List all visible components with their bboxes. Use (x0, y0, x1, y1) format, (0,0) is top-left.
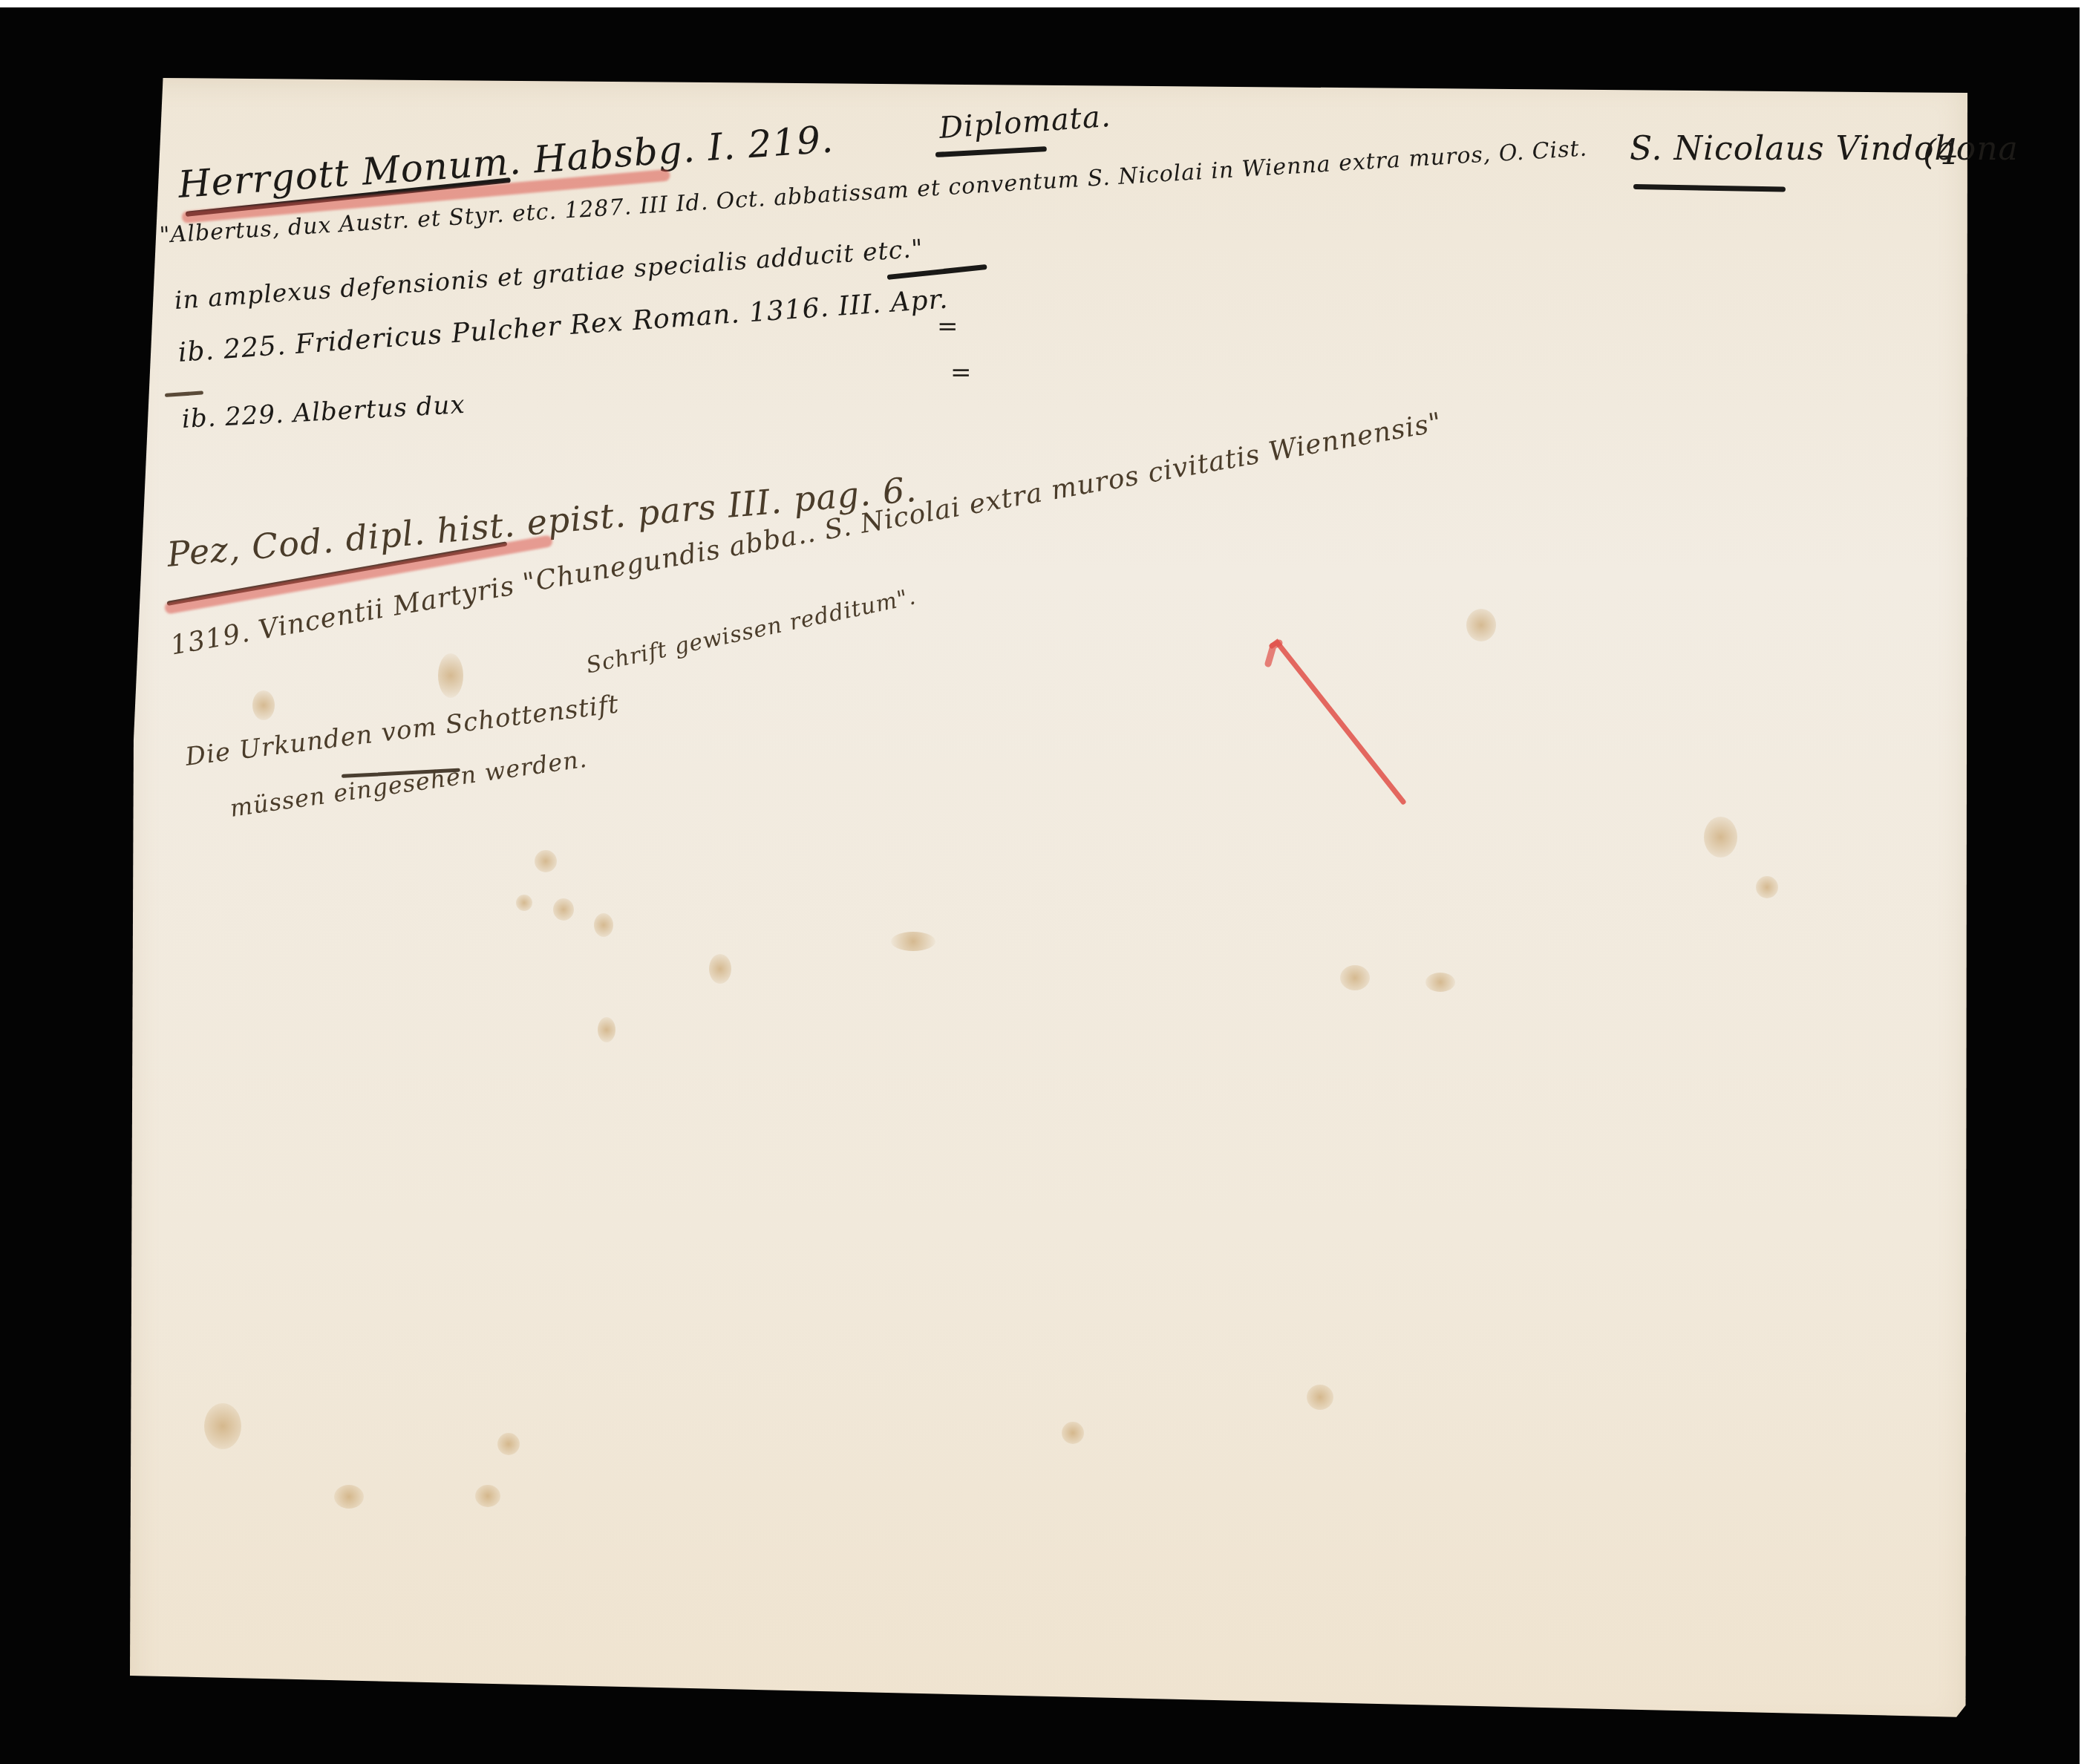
ditto-mark: = (937, 312, 958, 342)
foxing-stain (535, 850, 557, 872)
foxing-stain (709, 954, 731, 984)
foxing-stain (891, 932, 935, 951)
foxing-stain (1307, 1385, 1333, 1410)
foxing-stain (1756, 876, 1778, 898)
foxing-stain (1466, 609, 1496, 641)
folio-number: (4 (1923, 132, 1959, 172)
foxing-stain (497, 1433, 520, 1455)
foxing-stain (1704, 817, 1737, 857)
foxing-stain (475, 1485, 500, 1507)
foxing-stain (204, 1403, 241, 1449)
scan-border (0, 0, 2087, 7)
foxing-stain (438, 653, 463, 698)
red-arrow-icon (1225, 616, 1448, 824)
foxing-stain (1340, 965, 1370, 990)
foxing-stain (1425, 973, 1455, 992)
foxing-stain (1062, 1422, 1084, 1444)
foxing-stain (516, 895, 532, 911)
ditto-mark: = (950, 358, 972, 388)
header-right-title: S. Nicolaus Vindobona (1630, 130, 2019, 168)
foxing-stain (598, 1017, 615, 1042)
foxing-stain (252, 690, 275, 720)
foxing-stain (334, 1485, 364, 1509)
foxing-stain (553, 898, 574, 921)
foxing-stain (594, 913, 613, 937)
scan-border (2080, 0, 2087, 1764)
